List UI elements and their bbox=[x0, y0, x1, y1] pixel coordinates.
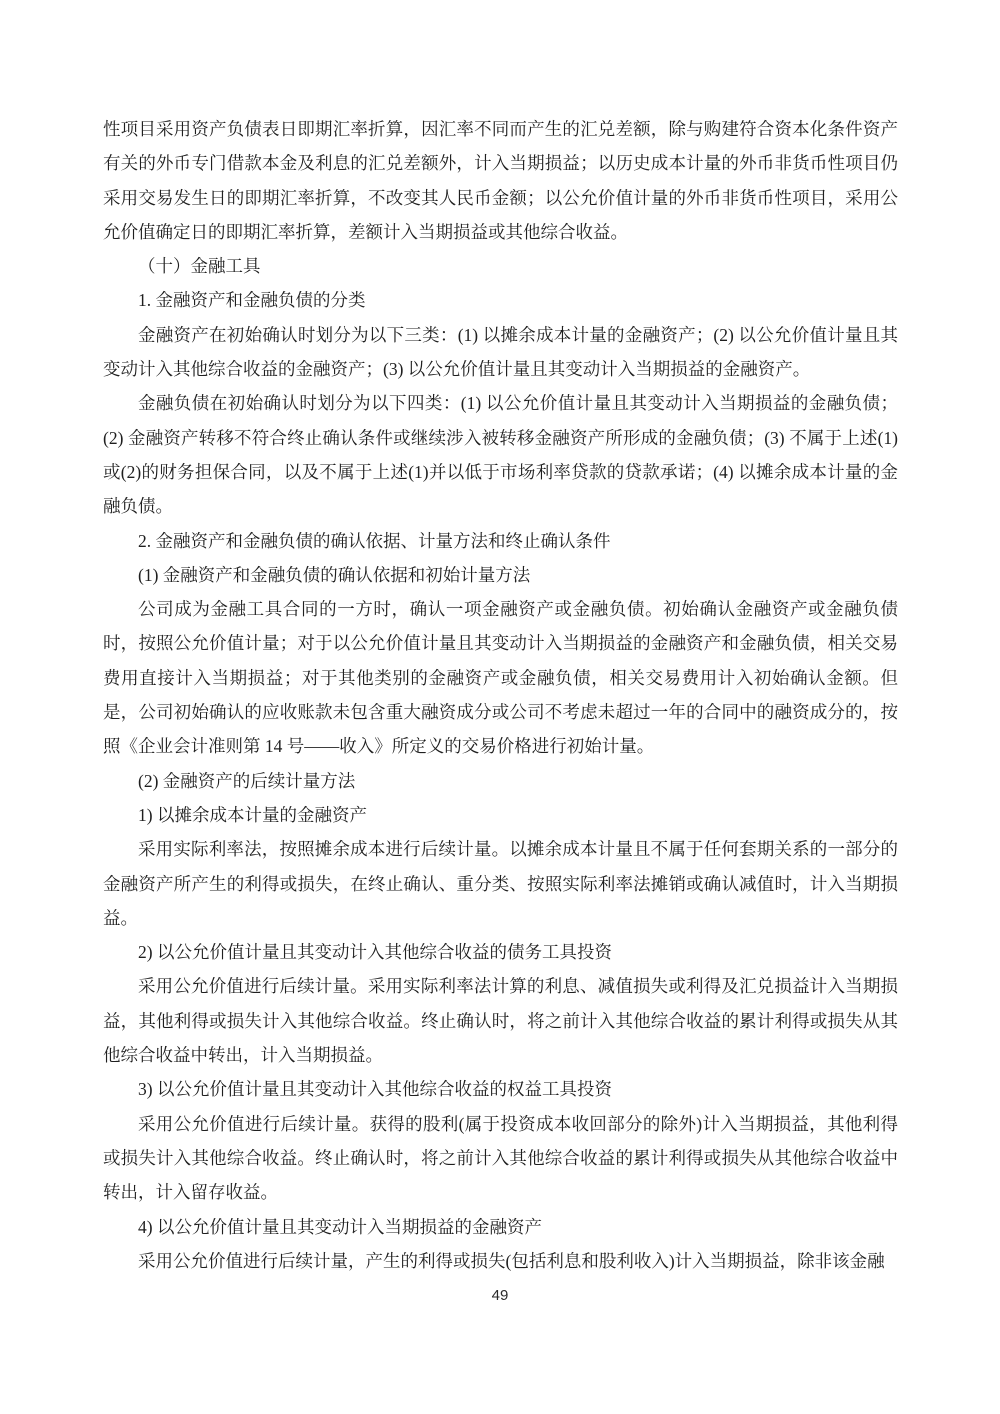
paragraph-fvtpl-assets: 采用公允价值进行后续计量，产生的利得或损失(包括利息和股利收入)计入当期损益，除… bbox=[103, 1244, 898, 1278]
heading-item-4-fvtpl-assets: 4) 以公允价值计量且其变动计入当期损益的金融资产 bbox=[103, 1210, 898, 1244]
heading-item-2-fvoci-debt-instruments: 2) 以公允价值计量且其变动计入其他综合收益的债务工具投资 bbox=[103, 935, 898, 969]
paragraph-fvoci-equity-instruments: 采用公允价值进行后续计量。获得的股利(属于投资成本收回部分的除外)计入当期损益，… bbox=[103, 1107, 898, 1210]
heading-2-2-subsequent-measurement: (2) 金融资产的后续计量方法 bbox=[103, 764, 898, 798]
paragraph-foreign-currency-continuation: 性项目采用资产负债表日即期汇率折算，因汇率不同而产生的汇兑差额，除与购建符合资本… bbox=[103, 112, 898, 249]
heading-section-10-financial-instruments: （十）金融工具 bbox=[103, 249, 898, 283]
document-body: 性项目采用资产负债表日即期汇率折算，因汇率不同而产生的汇兑差额，除与购建符合资本… bbox=[103, 112, 898, 1278]
paragraph-amortized-cost: 采用实际利率法，按照摊余成本进行后续计量。以摊余成本计量且不属于任何套期关系的一… bbox=[103, 832, 898, 935]
heading-2-1-initial-measurement: (1) 金融资产和金融负债的确认依据和初始计量方法 bbox=[103, 558, 898, 592]
paragraph-initial-measurement: 公司成为金融工具合同的一方时，确认一项金融资产或金融负债。初始确认金融资产或金融… bbox=[103, 592, 898, 763]
document-page: 性项目采用资产负债表日即期汇率折算，因汇率不同而产生的汇兑差额，除与购建符合资本… bbox=[0, 0, 1000, 1414]
page-number: 49 bbox=[0, 1287, 1000, 1304]
paragraph-financial-liabilities-classification: 金融负债在初始确认时划分为以下四类：(1) 以公允价值计量且其变动计入当期损益的… bbox=[103, 386, 898, 523]
heading-item-1-amortized-cost: 1) 以摊余成本计量的金融资产 bbox=[103, 798, 898, 832]
paragraph-financial-assets-classification: 金融资产在初始确认时划分为以下三类：(1) 以摊余成本计量的金融资产；(2) 以… bbox=[103, 318, 898, 387]
paragraph-fvoci-debt-instruments: 采用公允价值进行后续计量。采用实际利率法计算的利息、减值损失或利得及汇兑损益计入… bbox=[103, 969, 898, 1072]
heading-1-classification: 1. 金融资产和金融负债的分类 bbox=[103, 283, 898, 317]
heading-2-recognition-measurement: 2. 金融资产和金融负债的确认依据、计量方法和终止确认条件 bbox=[103, 524, 898, 558]
heading-item-3-fvoci-equity-instruments: 3) 以公允价值计量且其变动计入其他综合收益的权益工具投资 bbox=[103, 1072, 898, 1106]
